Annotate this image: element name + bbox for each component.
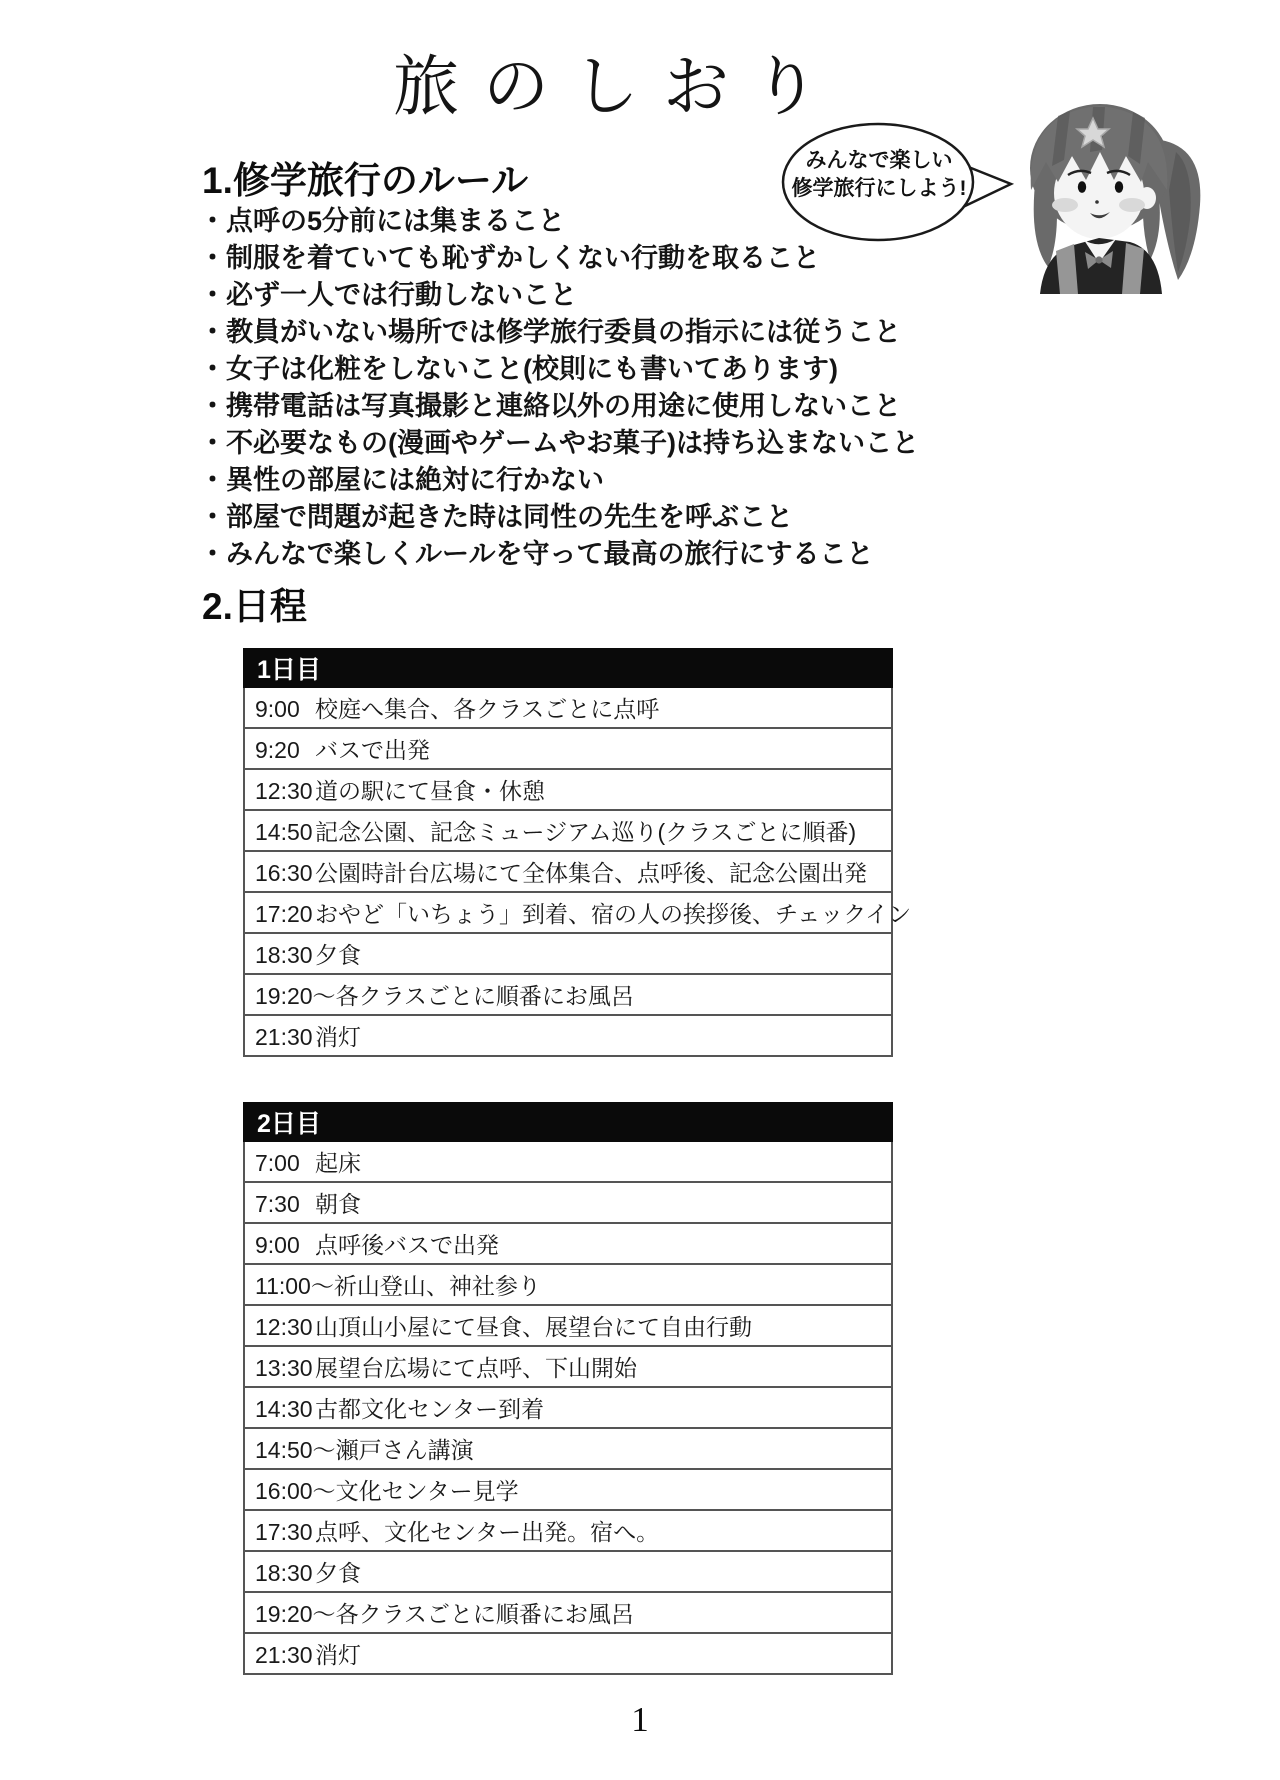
schedule-activity: 起床 [315,1150,361,1176]
rule-item: ・点呼の5分前には集まること [199,203,919,240]
schoolgirl-illustration [998,90,1238,294]
schedule-time: 13:30 [255,1355,315,1382]
schedule-row: 19:20〜各クラスごとに順番にお風呂 [244,1592,892,1633]
schedule-row: 12:30山頂山小屋にて昼食、展望台にて自由行動 [244,1305,892,1346]
schedule-time: 7:30 [255,1191,315,1218]
schedule-time: 18:30 [255,942,315,969]
schedule-time: 21:30 [255,1642,315,1669]
schedule-time: 17:30 [255,1519,315,1546]
schedule-time: 19:20〜 [255,978,336,1011]
schedule-cell: 7:30朝食 [244,1182,892,1223]
schedule-row: 14:30古都文化センター到着 [244,1387,892,1428]
schedule-row: 21:30消灯 [244,1015,892,1056]
schedule-time: 9:00 [255,1232,315,1259]
rule-item: ・制服を着ていても恥ずかしくない行動を取ること [199,240,919,277]
schedule-cell: 19:20〜各クラスごとに順番にお風呂 [244,1592,892,1633]
schedule-row: 11:00〜祈山登山、神社参り [244,1264,892,1305]
schedule-cell: 17:30点呼、文化センター出発。宿へ。 [244,1510,892,1551]
schedule-row: 19:20〜各クラスごとに順番にお風呂 [244,974,892,1015]
rule-item: ・部屋で問題が起きた時は同性の先生を呼ぶこと [199,499,919,536]
schedule-row: 16:00〜文化センター見学 [244,1469,892,1510]
schedule-cell: 21:30消灯 [244,1015,892,1056]
schedule-cell: 14:50記念公園、記念ミュージアム巡り(クラスごとに順番) [244,810,892,851]
schedule-cell: 16:30公園時計台広場にて全体集合、点呼後、記念公園出発 [244,851,892,892]
schedule-cell: 14:30古都文化センター到着 [244,1387,892,1428]
schedule-activity: 校庭へ集合、各クラスごとに点呼 [315,696,659,722]
schedule-activity: 夕食 [315,942,361,968]
schedule-row: 17:20おやど「いちょう」到着、宿の人の挨拶後、チェックイン [244,892,892,933]
schedule-activity: 消灯 [315,1024,361,1050]
speech-bubble-text: みんなで楽しい 修学旅行にしよう! [786,147,972,203]
schedule-activity: 古都文化センター到着 [315,1396,544,1422]
schedule-row: 9:00校庭へ集合、各クラスごとに点呼 [244,687,892,728]
schedule-cell: 14:50〜瀬戸さん講演 [244,1428,892,1469]
schedule-time: 21:30 [255,1024,315,1051]
travel-guide-page: 旅のしおり みんなで楽しい 修学旅行にしよう! [0,0,1280,1780]
schedule-row: 14:50〜瀬戸さん講演 [244,1428,892,1469]
day2-header: 2日目 [244,1103,892,1141]
schedule-activity: 公園時計台広場にて全体集合、点呼後、記念公園出発 [315,860,867,886]
schedule-activity: 夕食 [315,1560,361,1586]
schedule-row: 14:50記念公園、記念ミュージアム巡り(クラスごとに順番) [244,810,892,851]
schedule-time: 16:00〜 [255,1473,336,1506]
schedule-row: 12:30道の駅にて昼食・休憩 [244,769,892,810]
schedule-activity: バスで出発 [315,737,430,763]
rule-item: ・不必要なもの(漫画やゲームやお菓子)は持ち込まないこと [199,425,919,462]
schedule-row: 21:30消灯 [244,1633,892,1674]
schedule-activity: 各クラスごとに順番にお風呂 [336,1601,634,1627]
schedule-activity: おやど「いちょう」到着、宿の人の挨拶後、チェックイン [315,901,911,927]
schedule-time: 16:30 [255,860,315,887]
rule-item: ・みんなで楽しくルールを守って最高の旅行にすること [199,536,919,573]
schedule-time: 14:50〜 [255,1432,336,1465]
schedule-time: 19:20〜 [255,1596,336,1629]
schedule-cell: 21:30消灯 [244,1633,892,1674]
schedule-row: 13:30展望台広場にて点呼、下山開始 [244,1346,892,1387]
schedule-time: 14:50 [255,819,315,846]
schedule-activity: 文化センター見学 [336,1478,519,1504]
rule-item: ・必ず一人では行動しないこと [199,277,919,314]
schedule-cell: 13:30展望台広場にて点呼、下山開始 [244,1346,892,1387]
schedule-activity: 各クラスごとに順番にお風呂 [336,983,634,1009]
schedule-activity: 記念公園、記念ミュージアム巡り(クラスごとに順番) [315,819,856,845]
schedule-row: 7:30朝食 [244,1182,892,1223]
rule-item: ・女子は化粧をしないこと(校則にも書いてあります) [199,351,919,388]
schedule-time: 12:30 [255,778,315,805]
rules-heading: 1.修学旅行のルール [202,160,528,202]
schedule-time: 9:00 [255,696,315,723]
schedule-cell: 12:30山頂山小屋にて昼食、展望台にて自由行動 [244,1305,892,1346]
schedule-time: 11:00〜 [255,1268,334,1301]
schedule-activity: 道の駅にて昼食・休憩 [315,778,545,804]
schedule-cell: 7:00起床 [244,1141,892,1182]
schedule-time: 18:30 [255,1560,315,1587]
schedule-activity: 展望台広場にて点呼、下山開始 [315,1355,637,1381]
day1-schedule: 1日目 9:00校庭へ集合、各クラスごとに点呼9:20バスで出発12:30道の駅… [243,648,893,1057]
schedule-row: 18:30夕食 [244,933,892,974]
schedule-cell: 9:00点呼後バスで出発 [244,1223,892,1264]
schedule-row: 9:20バスで出発 [244,728,892,769]
schedule-cell: 9:00校庭へ集合、各クラスごとに点呼 [244,687,892,728]
schedule-row: 18:30夕食 [244,1551,892,1592]
day1-header: 1日目 [244,649,892,687]
schedule-activity: 朝食 [315,1191,361,1217]
schedule-cell: 19:20〜各クラスごとに順番にお風呂 [244,974,892,1015]
schedule-cell: 18:30夕食 [244,1551,892,1592]
schedule-cell: 11:00〜祈山登山、神社参り [244,1264,892,1305]
page-number: 1 [0,1700,1280,1740]
schedule-activity: 消灯 [315,1642,361,1668]
day2-schedule: 2日目 7:00起床7:30朝食9:00点呼後バスで出発11:00〜祈山登山、神… [243,1102,893,1675]
schedule-activity: 点呼後バスで出発 [315,1232,499,1258]
schedule-time: 9:20 [255,737,315,764]
schedule-cell: 16:00〜文化センター見学 [244,1469,892,1510]
schedule-cell: 17:20おやど「いちょう」到着、宿の人の挨拶後、チェックイン [244,892,892,933]
rule-item: ・異性の部屋には絶対に行かない [199,462,919,499]
schedule-time: 17:20 [255,901,315,928]
schedule-activity: 山頂山小屋にて昼食、展望台にて自由行動 [315,1314,752,1340]
speech-bubble-line2: 修学旅行にしよう! [786,175,972,203]
schedule-row: 17:30点呼、文化センター出発。宿へ。 [244,1510,892,1551]
schedule-time: 12:30 [255,1314,315,1341]
schedule-time: 7:00 [255,1150,315,1177]
schedule-row: 7:00起床 [244,1141,892,1182]
speech-bubble-line1: みんなで楽しい [786,147,972,175]
schedule-cell: 9:20バスで出発 [244,728,892,769]
schedule-row: 16:30公園時計台広場にて全体集合、点呼後、記念公園出発 [244,851,892,892]
schedule-time: 14:30 [255,1396,315,1423]
rules-list: ・点呼の5分前には集まること・制服を着ていても恥ずかしくない行動を取ること・必ず… [199,203,919,573]
schedule-cell: 12:30道の駅にて昼食・休憩 [244,769,892,810]
schedule-cell: 18:30夕食 [244,933,892,974]
schedule-activity: 瀬戸さん講演 [336,1437,474,1463]
schedule-row: 9:00点呼後バスで出発 [244,1223,892,1264]
rule-item: ・携帯電話は写真撮影と連絡以外の用途に使用しないこと [199,388,919,425]
schedule-activity: 点呼、文化センター出発。宿へ。 [315,1519,659,1545]
rule-item: ・教員がいない場所では修学旅行委員の指示には従うこと [199,314,919,351]
schedule-activity: 祈山登山、神社参り [334,1273,541,1299]
schedule-heading: 2.日程 [202,586,307,628]
